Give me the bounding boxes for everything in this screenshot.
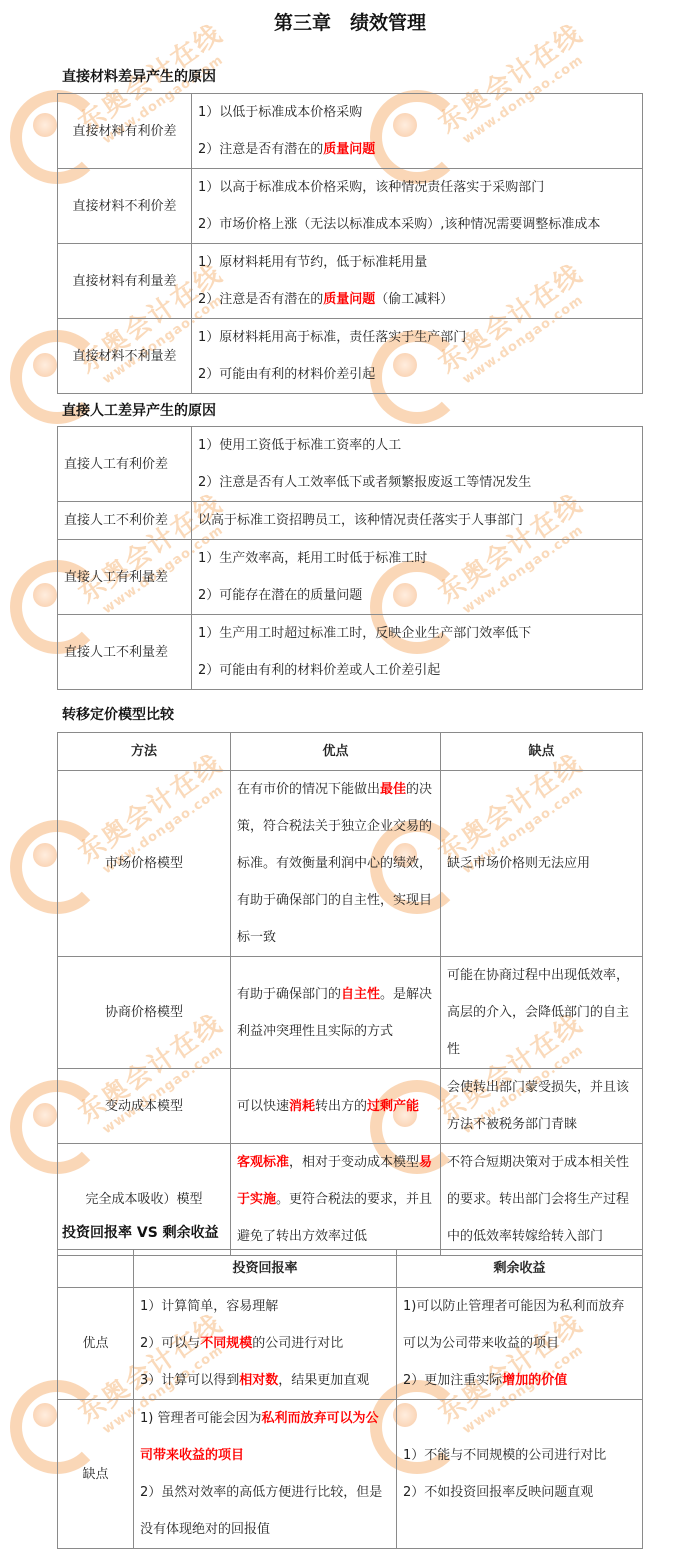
text-run: 2）不如投资回报率反映问题直观 — [403, 1485, 593, 1500]
section-title-transfer-pricing: 转移定价模型比较 — [62, 704, 174, 724]
cell-line: 1）使用工资低于标准工资率的人工 — [198, 427, 636, 464]
text-run: 以高于标准工资招聘员工，该种情况责任落实于人事部门 — [198, 513, 523, 528]
cell-line: 1）计算简单，容易理解 — [140, 1288, 390, 1325]
table-row: 直接人工不利价差 以高于标准工资招聘员工，该种情况责任落实于人事部门 — [58, 502, 643, 540]
cell-line: 2）市场价格上涨（无法以标准成本采购）,该种情况需要调整标准成本 — [198, 206, 636, 243]
cell-line: 2）虽然对效率的高低方便进行比较，但是没有体现绝对的回报值 — [140, 1474, 390, 1548]
text-run: 1）原材料耗用高于标准，责任落实于生产部门 — [198, 330, 466, 345]
column-header-method: 方法 — [58, 733, 231, 771]
cell-line: 以高于标准工资招聘员工，该种情况责任落实于人事部门 — [198, 502, 636, 539]
cell-line: 1) 管理者可能会因为私利而放弃可以为公司带来收益的项目 — [140, 1400, 390, 1474]
variance-label: 直接人工不利量差 — [58, 615, 192, 690]
text-run: 1）生产效率高，耗用工时低于标准工时 — [198, 551, 427, 566]
pricing-cons: 会使转出部门蒙受损失，并且该方法不被税务部门青睐 — [441, 1069, 643, 1144]
text-run: 2）可以与 — [140, 1336, 200, 1351]
table-row: 市场价格模型 在有市价的情况下能做出最佳的决策，符合税法关于独立企业交易的标准。… — [58, 771, 643, 957]
text-run: 1) 管理者可能会因为 — [140, 1411, 261, 1426]
pricing-pros: 可以快速消耗转出方的过剩产能 — [231, 1069, 441, 1144]
text-run: 3）计算可以得到 — [140, 1373, 239, 1388]
variance-causes: 1）生产用工时超过标准工时，反映企业生产部门效率低下2）可能由有利的材料价差或人… — [192, 615, 643, 690]
variance-causes: 1）生产效率高，耗用工时低于标准工时2）可能存在潜在的质量问题 — [192, 540, 643, 615]
text-run: 可能在协商过程中出现低效率，高层的介入，会降低部门的自主性 — [447, 968, 629, 1057]
table-row: 变动成本模型 可以快速消耗转出方的过剩产能 会使转出部门蒙受损失，并且该方法不被… — [58, 1069, 643, 1144]
cell-line: 2）可以与不同规模的公司进行对比 — [140, 1325, 390, 1362]
row-label: 缺点 — [58, 1400, 134, 1549]
column-header-roi: 投资回报率 — [134, 1250, 397, 1288]
table-header-row: 方法 优点 缺点 — [58, 733, 643, 771]
cell-line: 3）计算可以得到相对数，结果更加直观 — [140, 1362, 390, 1399]
text-run: 1）以高于标准成本价格采购，该种情况责任落实于采购部门 — [198, 180, 544, 195]
table-row: 缺点 1) 管理者可能会因为私利而放弃可以为公司带来收益的项目2）虽然对效率的高… — [58, 1400, 643, 1549]
variance-label: 直接材料有利量差 — [58, 244, 192, 319]
column-header-blank — [58, 1250, 134, 1288]
variance-causes: 1）使用工资低于标准工资率的人工2）注意是否有人工效率低下或者频繁报废返工等情况… — [192, 427, 643, 502]
pricing-method: 市场价格模型 — [58, 771, 231, 957]
text-run: 2）注意是否有潜在的 — [198, 142, 323, 157]
text-run: 1）以低于标准成本价格采购 — [198, 105, 362, 120]
pricing-method: 协商价格模型 — [58, 957, 231, 1069]
highlighted-text: 增加的价值 — [502, 1373, 567, 1388]
text-run: 不符合短期决策对于成本相关性的要求。转出部门会将生产过程中的低效率转嫁给转入部门 — [447, 1155, 629, 1244]
text-run: 2）市场价格上涨（无法以标准成本采购）,该种情况需要调整标准成本 — [198, 217, 600, 232]
variance-label: 直接材料不利量差 — [58, 319, 192, 394]
cell-line: 1）以高于标准成本价格采购，该种情况责任落实于采购部门 — [198, 169, 636, 206]
roi-cell: 1) 管理者可能会因为私利而放弃可以为公司带来收益的项目2）虽然对效率的高低方便… — [134, 1400, 397, 1549]
table-row: 直接人工有利量差 1）生产效率高，耗用工时低于标准工时2）可能存在潜在的质量问题 — [58, 540, 643, 615]
table-row: 直接材料不利价差 1）以高于标准成本价格采购，该种情况责任落实于采购部门2）市场… — [58, 169, 643, 244]
variance-label: 直接人工有利价差 — [58, 427, 192, 502]
residual-income-cell: 1）不能与不同规模的公司进行对比2）不如投资回报率反映问题直观 — [397, 1400, 643, 1549]
highlighted-text: 质量问题 — [323, 142, 375, 157]
column-header-cons: 缺点 — [441, 733, 643, 771]
cell-line: 2）可能由有利的材料价差或人工价差引起 — [198, 652, 636, 689]
text-run: 会使转出部门蒙受损失，并且该方法不被税务部门青睐 — [447, 1080, 629, 1132]
row-label: 优点 — [58, 1288, 134, 1400]
variance-label: 直接人工不利价差 — [58, 502, 192, 540]
table-row: 直接材料不利量差 1）原材料耗用高于标准，责任落实于生产部门2）可能由有利的材料… — [58, 319, 643, 394]
text-run: 1）使用工资低于标准工资率的人工 — [198, 438, 401, 453]
highlighted-text: 自主性 — [341, 987, 380, 1002]
pricing-pros: 客观标准，相对于变动成本模型易于实施。更符合税法的要求，并且避免了转出方效率过低 — [231, 1144, 441, 1256]
pricing-cons: 缺乏市场价格则无法应用 — [441, 771, 643, 957]
cell-line: 2）可能存在潜在的质量问题 — [198, 577, 636, 614]
roi-cell: 1）计算简单，容易理解2）可以与不同规模的公司进行对比3）计算可以得到相对数，结… — [134, 1288, 397, 1400]
pricing-pros: 在有市价的情况下能做出最佳的决策，符合税法关于独立企业交易的标准。有效衡量利润中… — [231, 771, 441, 957]
highlighted-text: 相对数 — [239, 1373, 278, 1388]
cell-line: 2）不如投资回报率反映问题直观 — [403, 1474, 636, 1511]
text-run: 在有市价的情况下能做出 — [237, 782, 380, 797]
text-run: 1）不能与不同规模的公司进行对比 — [403, 1448, 606, 1463]
text-run: 1)可以防止管理者可能因为私利而放弃可以为公司带来收益的项目 — [403, 1299, 624, 1351]
page-title: 第三章 绩效管理 — [0, 8, 700, 35]
cell-line: 1）不能与不同规模的公司进行对比 — [403, 1437, 636, 1474]
section-title-labor: 直接人工差异产生的原因 — [62, 400, 216, 420]
variance-causes: 1）以高于标准成本价格采购，该种情况责任落实于采购部门2）市场价格上涨（无法以标… — [192, 169, 643, 244]
table-row: 直接材料有利量差 1）原材料耗用有节约，低于标准耗用量2）注意是否有潜在的质量问… — [58, 244, 643, 319]
cell-line: 2）可能由有利的材料价差引起 — [198, 356, 636, 393]
variance-causes: 以高于标准工资招聘员工，该种情况责任落实于人事部门 — [192, 502, 643, 540]
cell-line: 1）以低于标准成本价格采购 — [198, 94, 636, 131]
roi-vs-ri-table: 投资回报率 剩余收益 优点 1）计算简单，容易理解2）可以与不同规模的公司进行对… — [57, 1249, 643, 1549]
cell-line: 1)可以防止管理者可能因为私利而放弃可以为公司带来收益的项目 — [403, 1288, 636, 1362]
text-run: 的决策，符合税法关于独立企业交易的标准。有效衡量利润中心的绩效，有助于确保部门的… — [237, 782, 432, 945]
text-run: 1）生产用工时超过标准工时，反映企业生产部门效率低下 — [198, 626, 531, 641]
table-row: 优点 1）计算简单，容易理解2）可以与不同规模的公司进行对比3）计算可以得到相对… — [58, 1288, 643, 1400]
text-run: 转出方的 — [315, 1099, 367, 1114]
cell-line: 2）注意是否有潜在的质量问题（偷工减料） — [198, 281, 636, 318]
text-run: 1）原材料耗用有节约，低于标准耗用量 — [198, 255, 427, 270]
variance-causes: 1）原材料耗用高于标准，责任落实于生产部门2）可能由有利的材料价差引起 — [192, 319, 643, 394]
pricing-cons: 可能在协商过程中出现低效率，高层的介入，会降低部门的自主性 — [441, 957, 643, 1069]
section-title-materials: 直接材料差异产生的原因 — [62, 66, 216, 86]
pricing-cons: 不符合短期决策对于成本相关性的要求。转出部门会将生产过程中的低效率转嫁给转入部门 — [441, 1144, 643, 1256]
table-header-row: 投资回报率 剩余收益 — [58, 1250, 643, 1288]
table-row: 直接人工有利价差 1）使用工资低于标准工资率的人工2）注意是否有人工效率低下或者… — [58, 427, 643, 502]
cell-line: 1）原材料耗用高于标准，责任落实于生产部门 — [198, 319, 636, 356]
text-run: 1）计算简单，容易理解 — [140, 1299, 278, 1314]
text-run: 的公司进行对比 — [252, 1336, 343, 1351]
cell-line: 2）注意是否有潜在的质量问题 — [198, 131, 636, 168]
transfer-pricing-table: 方法 优点 缺点 市场价格模型 在有市价的情况下能做出最佳的决策，符合税法关于独… — [57, 732, 643, 1256]
text-run: 2）可能由有利的材料价差引起 — [198, 367, 375, 382]
column-header-residual-income: 剩余收益 — [397, 1250, 643, 1288]
variance-label: 直接材料有利价差 — [58, 94, 192, 169]
text-run: 2）更加注重实际 — [403, 1373, 502, 1388]
text-run: 缺乏市场价格则无法应用 — [447, 856, 590, 871]
text-run: 2）虽然对效率的高低方便进行比较，但是没有体现绝对的回报值 — [140, 1485, 382, 1537]
column-header-pros: 优点 — [231, 733, 441, 771]
highlighted-text: 客观标准 — [237, 1155, 289, 1170]
highlighted-text: 最佳 — [380, 782, 406, 797]
table-row: 直接人工不利量差 1）生产用工时超过标准工时，反映企业生产部门效率低下2）可能由… — [58, 615, 643, 690]
text-run: 2）可能由有利的材料价差或人工价差引起 — [198, 663, 440, 678]
variance-label: 直接材料不利价差 — [58, 169, 192, 244]
highlighted-text: 消耗 — [289, 1099, 315, 1114]
variance-causes: 1）以低于标准成本价格采购2）注意是否有潜在的质量问题 — [192, 94, 643, 169]
text-run: 2）注意是否有人工效率低下或者频繁报废返工等情况发生 — [198, 475, 531, 490]
pricing-method: 变动成本模型 — [58, 1069, 231, 1144]
text-run: （偷工减料） — [375, 292, 453, 307]
materials-variance-table: 直接材料有利价差 1）以低于标准成本价格采购2）注意是否有潜在的质量问题 直接材… — [57, 93, 643, 394]
cell-line: 1）生产用工时超过标准工时，反映企业生产部门效率低下 — [198, 615, 636, 652]
cell-line: 1）原材料耗用有节约，低于标准耗用量 — [198, 244, 636, 281]
text-run: 有助于确保部门的 — [237, 987, 341, 1002]
labor-variance-table: 直接人工有利价差 1）使用工资低于标准工资率的人工2）注意是否有人工效率低下或者… — [57, 426, 643, 690]
text-run: 2）注意是否有潜在的 — [198, 292, 323, 307]
highlighted-text: 过剩产能 — [367, 1099, 419, 1114]
text-run: 可以快速 — [237, 1099, 289, 1114]
highlighted-text: 不同规模 — [200, 1336, 252, 1351]
variance-causes: 1）原材料耗用有节约，低于标准耗用量2）注意是否有潜在的质量问题（偷工减料） — [192, 244, 643, 319]
cell-line: 1）生产效率高，耗用工时低于标准工时 — [198, 540, 636, 577]
pricing-pros: 有助于确保部门的自主性。是解决利益冲突理性且实际的方式 — [231, 957, 441, 1069]
residual-income-cell: 1)可以防止管理者可能因为私利而放弃可以为公司带来收益的项目2）更加注重实际增加… — [397, 1288, 643, 1400]
text-run: ，相对于变动成本模型 — [289, 1155, 419, 1170]
table-row: 协商价格模型 有助于确保部门的自主性。是解决利益冲突理性且实际的方式 可能在协商… — [58, 957, 643, 1069]
cell-line: 2）更加注重实际增加的价值 — [403, 1362, 636, 1399]
text-run: ，结果更加直观 — [278, 1373, 369, 1388]
variance-label: 直接人工有利量差 — [58, 540, 192, 615]
section-title-roi-vs-ri: 投资回报率 VS 剩余收益 — [62, 1222, 219, 1242]
cell-line: 2）注意是否有人工效率低下或者频繁报废返工等情况发生 — [198, 464, 636, 501]
table-row: 直接材料有利价差 1）以低于标准成本价格采购2）注意是否有潜在的质量问题 — [58, 94, 643, 169]
highlighted-text: 质量问题 — [323, 292, 375, 307]
text-run: 2）可能存在潜在的质量问题 — [198, 588, 362, 603]
